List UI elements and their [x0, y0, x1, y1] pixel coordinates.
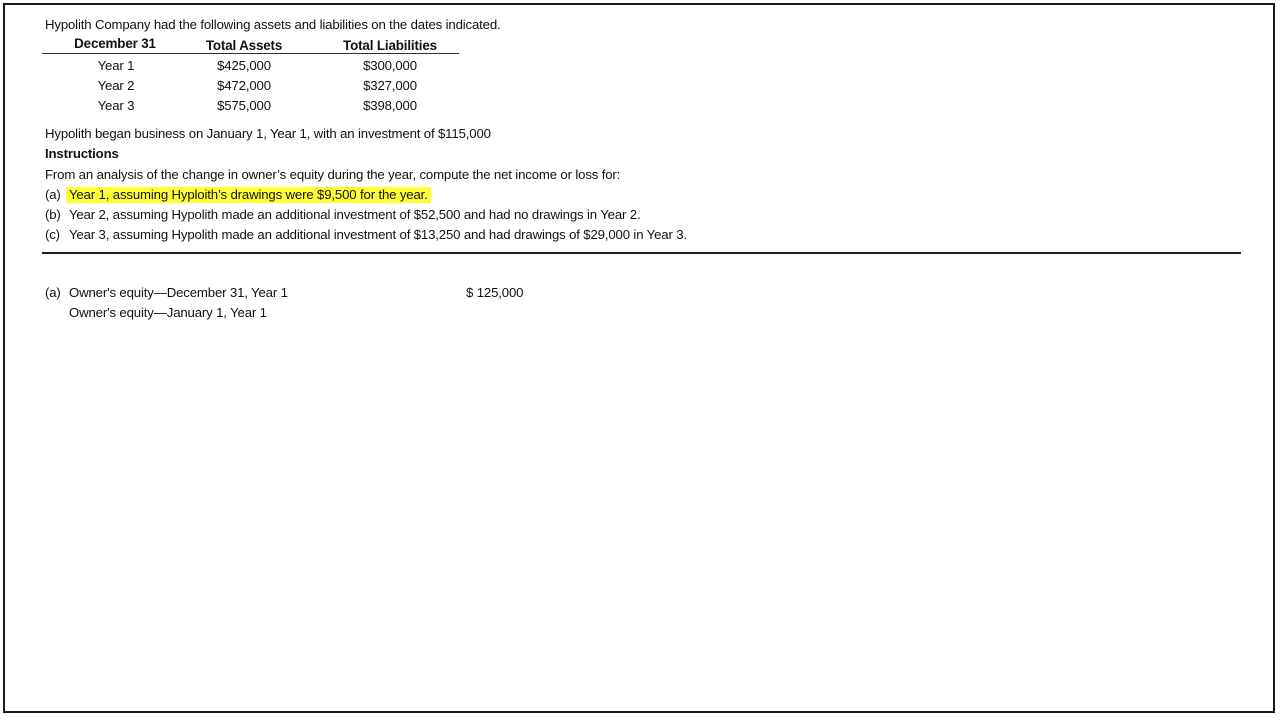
part-text: Year 2, assuming Hypolith made an additi… — [69, 207, 640, 223]
section-divider — [42, 252, 1241, 254]
part-label: (a) — [45, 187, 61, 203]
part-label: (c) — [45, 227, 60, 243]
part-label: (b) — [45, 207, 61, 223]
table-cell-year: Year 3 — [70, 98, 162, 114]
solution-part-label: (a) — [45, 285, 61, 301]
table-header-assets: Total Assets — [190, 38, 298, 54]
table-header-liabilities: Total Liabilities — [330, 38, 450, 54]
table-cell-year: Year 2 — [70, 78, 162, 94]
instructions-heading: Instructions — [45, 146, 119, 162]
table-cell-year: Year 1 — [70, 58, 162, 74]
investment-note: Hypolith began business on January 1, Ye… — [45, 126, 491, 142]
part-text: Year 3, assuming Hypolith made an additi… — [69, 227, 687, 243]
table-cell-assets: $472,000 — [190, 78, 298, 94]
solution-line-amount: $ 125,000 — [466, 285, 523, 301]
highlighted-part-text: Year 1, assuming Hyploith’s drawings wer… — [66, 187, 431, 203]
table-header-rule — [42, 53, 459, 54]
solution-line-label: Owner's equity—January 1, Year 1 — [69, 305, 267, 321]
table-header-date: December 31 — [56, 36, 174, 52]
table-cell-assets: $575,000 — [190, 98, 298, 114]
instructions-text: From an analysis of the change in owner’… — [45, 167, 620, 183]
table-cell-liabilities: $398,000 — [330, 98, 450, 114]
solution-line-label: Owner's equity—December 31, Year 1 — [69, 285, 288, 301]
table-cell-liabilities: $300,000 — [330, 58, 450, 74]
table-cell-assets: $425,000 — [190, 58, 298, 74]
intro-text: Hypolith Company had the following asset… — [45, 17, 501, 33]
table-cell-liabilities: $327,000 — [330, 78, 450, 94]
